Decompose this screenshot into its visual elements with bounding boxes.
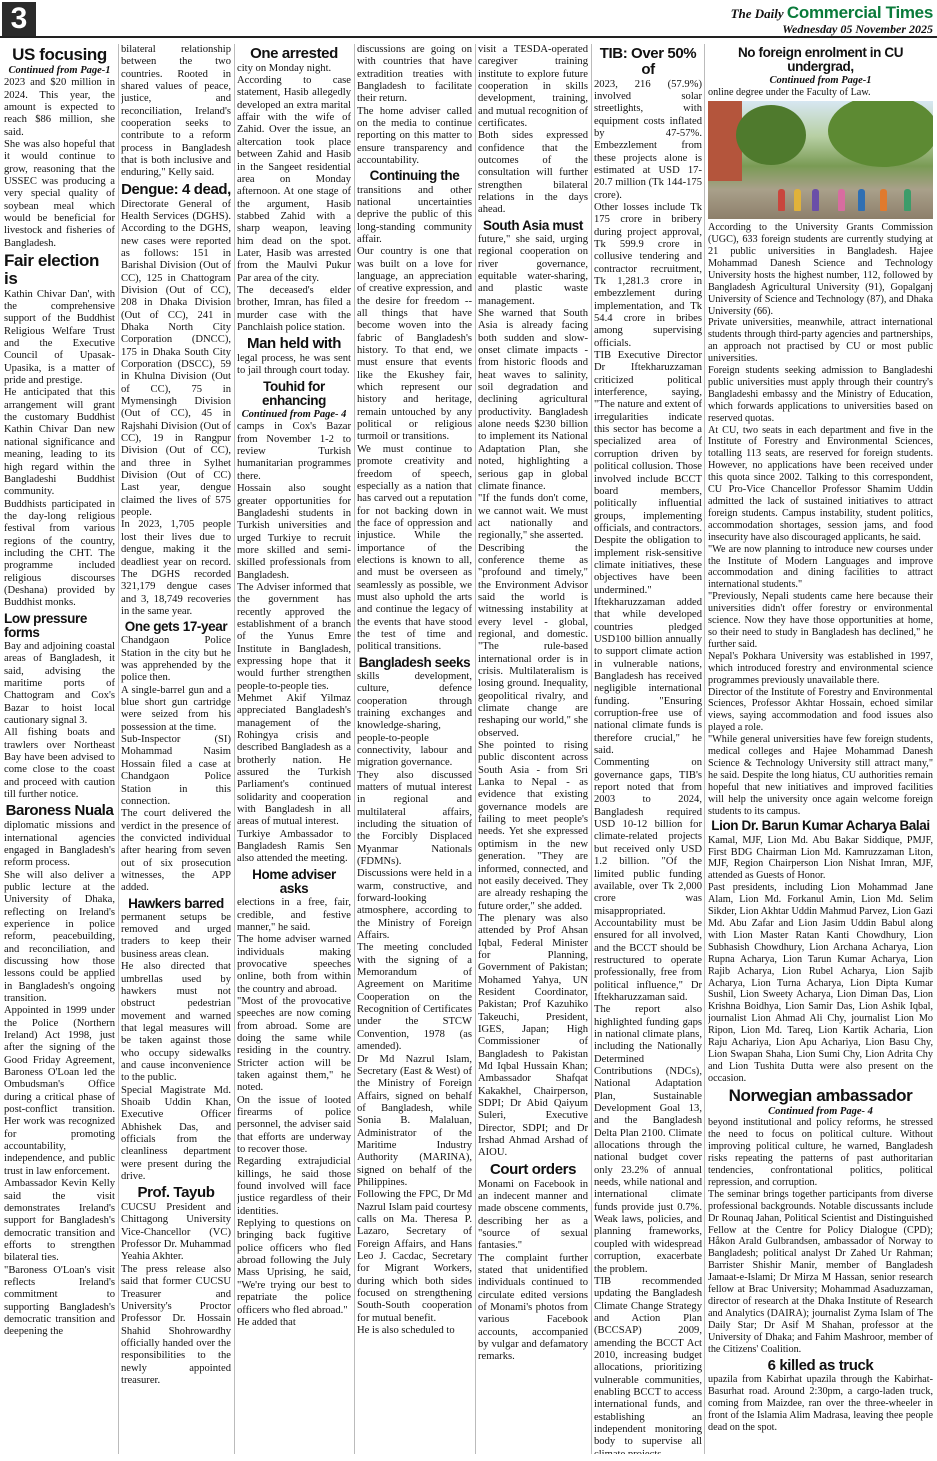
article-headline: Continuing the: [357, 169, 472, 183]
article-paragraph: The home adviser warned individuals maki…: [237, 934, 351, 996]
article-paragraph: city on Monday night.: [237, 63, 351, 75]
article-headline: Man held with: [237, 336, 351, 352]
brand-prefix: The Daily: [731, 6, 784, 21]
article-headline: No foreign enrolment in CU undergrad,: [708, 46, 933, 74]
news-column-4: discussions are going on with countries …: [357, 44, 472, 1454]
article-paragraph: In 2023, 1,705 people lost their lives d…: [121, 519, 231, 618]
article-paragraph: upazila from Kabirhat upazila through th…: [708, 1374, 933, 1434]
article-paragraph: Replying to questions on bringing back f…: [237, 1218, 351, 1317]
article-paragraph: Ambassador Kevin Kelly said the visit de…: [4, 1178, 115, 1264]
article-paragraph: Directorate General of Health Services (…: [121, 199, 231, 520]
article-headline: Touhid for enhancing: [237, 380, 351, 408]
article-paragraph: Director of the Institute of Forestry an…: [708, 687, 933, 735]
article-headline: Norwegian ambassador: [708, 1087, 933, 1105]
article-paragraph: He also directed that umbrellas used by …: [121, 961, 231, 1084]
article-paragraph: Private universities, meanwhile, attract…: [708, 317, 933, 365]
news-column-2: bilateral relationship between the two c…: [121, 44, 231, 1454]
article-paragraph: legal process, he was sent to jail throu…: [237, 353, 351, 378]
news-column-3: One arrestedcity on Monday night.Accordi…: [237, 44, 351, 1454]
article-paragraph: Buddhists participated in the day-long r…: [4, 499, 115, 610]
article-paragraph: CUCSU President and Chittagong Universit…: [121, 1202, 231, 1264]
article-headline: US focusing: [4, 46, 115, 64]
article-paragraph: Regarding extrajudicial killings, he sai…: [237, 1156, 351, 1218]
article-headline: Prof. Tayub: [121, 1185, 231, 1201]
continued-from-label: Continued from Page- 4: [237, 409, 351, 421]
article-headline: South Asia must: [478, 219, 588, 233]
article-paragraph: The meeting concluded with the signing o…: [357, 942, 472, 1053]
article-paragraph: TIB recommended updating the Bangladesh …: [594, 1276, 702, 1454]
article-paragraph: Both sides expressed confidence that the…: [478, 130, 588, 216]
article-paragraph: She was also hopeful that it would conti…: [4, 139, 115, 250]
article-paragraph: Nepal's Pokhara University was establish…: [708, 651, 933, 687]
article-paragraph: Monami on Facebook in an indecent manner…: [478, 1179, 588, 1253]
article-paragraph: Kathin Chivar Dan', with the comprehensi…: [4, 289, 115, 388]
column-divider: [591, 44, 592, 1454]
article-paragraph: We must continue to promote creativity a…: [357, 444, 472, 654]
continued-from-label: Continued from Page-1: [4, 65, 115, 77]
article-paragraph: Kamal, MJF, Lion Md. Abu Bakar Siddique,…: [708, 835, 933, 883]
article-paragraph: He anticipated that this arrangement wil…: [4, 387, 115, 498]
article-paragraph: beyond institutional and policy reforms,…: [708, 1117, 933, 1188]
article-headline: Court orders: [478, 1162, 588, 1178]
article-paragraph: She pointed to rising public discontent …: [478, 740, 588, 913]
article-headline: One gets 17-year: [121, 620, 231, 634]
article-paragraph: visit a TESDA-operated caregiver trainin…: [478, 44, 588, 130]
article-paragraph: She warned that South Asia is already fa…: [478, 308, 588, 493]
news-column-1: US focusingContinued from Page-12023 and…: [4, 44, 115, 1454]
article-paragraph: future," she said, urging regional coope…: [478, 234, 588, 308]
article-paragraph: online degree under the Faculty of Law.: [708, 87, 933, 99]
article-paragraph: TIB Executive Director Dr Iftekharuzzama…: [594, 350, 702, 597]
article-paragraph: The press release also said that former …: [121, 1264, 231, 1387]
news-column-7: No foreign enrolment in CU undergrad,Con…: [708, 44, 933, 1454]
column-divider: [234, 44, 235, 1454]
campus-photo: [708, 101, 933, 219]
article-paragraph: They also discussed matters of mutual in…: [357, 770, 472, 869]
column-divider: [354, 44, 355, 1454]
article-headline: Hawkers barred: [121, 897, 231, 911]
article-paragraph: Other losses include Tk 175 crore in bri…: [594, 202, 702, 350]
article-paragraph: bilateral relationship between the two c…: [121, 44, 231, 180]
continued-from-label: Continued from Page-1: [708, 75, 933, 87]
article-paragraph: According to case statement, Hasib alleg…: [237, 75, 351, 285]
article-paragraph: transitions and other national uncertain…: [357, 185, 472, 247]
article-paragraph: discussions are going on with countries …: [357, 44, 472, 106]
article-paragraph: "Previously, Nepali students came here b…: [708, 591, 933, 651]
article-paragraph: Appointed in 1999 under the Police (Nort…: [4, 1005, 115, 1178]
article-paragraph: On the issue of looted firearms of polic…: [237, 1095, 351, 1157]
article-paragraph: He is also scheduled to: [357, 1325, 472, 1337]
article-paragraph: Chandgaon Police Station in the city but…: [121, 635, 231, 684]
article-paragraph: The report also highlighted funding gaps…: [594, 1004, 702, 1276]
brand-name: Commercial Times: [787, 3, 933, 22]
page-number: 3: [2, 2, 36, 36]
article-headline: Dengue: 4 dead,: [121, 182, 231, 198]
article-paragraph: At CU, two seats in each department and …: [708, 425, 933, 544]
news-column-5: visit a TESDA-operated caregiver trainin…: [478, 44, 588, 1454]
article-headline: Baroness Nuala: [4, 803, 115, 819]
article-paragraph: camps in Cox's Bazar from November 1-2 t…: [237, 421, 351, 483]
issue-date: Wednesday 05 November 2025: [782, 22, 933, 37]
article-headline: Bangladesh seeks: [357, 656, 472, 670]
article-headline: Home adviser asks: [237, 868, 351, 896]
article-paragraph: The home adviser called on the media to …: [357, 106, 472, 168]
article-paragraph: 2023 and $20 million in 2024. This year,…: [4, 77, 115, 139]
column-divider: [118, 44, 119, 1454]
article-paragraph: The deceased's elder brother, Imran, has…: [237, 285, 351, 334]
article-paragraph: The Adviser informed that the government…: [237, 582, 351, 693]
newspaper-brand: The Daily Commercial Times: [731, 3, 933, 23]
article-paragraph: A single-barrel gun and a blue short gun…: [121, 685, 231, 734]
article-paragraph: Iftekharuzzaman added that while develop…: [594, 597, 702, 757]
article-paragraph: "If the funds don't come, we cannot wait…: [478, 493, 588, 542]
article-paragraph: "Baroness O'Loan's visit reflects Irelan…: [4, 1265, 115, 1339]
article-paragraph: He added that: [237, 1317, 351, 1329]
news-column-6: TIB: Over 50% of2023, 216 (57.9%) involv…: [594, 44, 702, 1454]
article-paragraph: The seminar brings together participants…: [708, 1189, 933, 1356]
article-paragraph: The court delivered the verdict in the p…: [121, 808, 231, 894]
masthead: 3 The Daily Commercial Times Wednesday 0…: [0, 0, 937, 38]
article-paragraph: All fishing boats and trawlers over Nort…: [4, 727, 115, 801]
article-paragraph: "We are now planning to introduce new co…: [708, 544, 933, 592]
article-paragraph: Describing the conference theme as "prof…: [478, 543, 588, 741]
article-paragraph: Mehmet Akif Yilmaz appreciated Banglades…: [237, 693, 351, 829]
article-paragraph: Following the FPC, Dr Md Nazrul Islam pa…: [357, 1189, 472, 1325]
article-paragraph: Bay and adjoining coastal areas of Bangl…: [4, 641, 115, 727]
article-paragraph: Turkiye Ambassador to Bangladesh Ramis S…: [237, 829, 351, 866]
article-paragraph: Commenting on governance gaps, TIB's rep…: [594, 757, 702, 1004]
article-paragraph: According to the University Grants Commi…: [708, 222, 933, 317]
article-headline: Lion Dr. Barun Kumar Acharya Balai: [708, 819, 933, 833]
article-paragraph: She will also deliver a public lecture a…: [4, 870, 115, 1006]
article-paragraph: Past presidents, including Lion Mohammad…: [708, 882, 933, 1084]
article-headline: TIB: Over 50% of: [594, 46, 702, 78]
article-paragraph: skills development, culture, defence coo…: [357, 671, 472, 770]
article-paragraph: Discussions were held in a warm, constru…: [357, 868, 472, 942]
article-paragraph: Sub-Inspector (SI) Mohammad Nasim Hossai…: [121, 734, 231, 808]
column-divider: [704, 44, 705, 1454]
article-headline: One arrested: [237, 46, 351, 62]
article-paragraph: Our country is one that was built on a l…: [357, 246, 472, 444]
article-paragraph: Special Magistrate Md. Shoaib Uddin Khan…: [121, 1085, 231, 1184]
article-paragraph: "Most of the provocative speeches are no…: [237, 996, 351, 1095]
article-paragraph: The complaint further stated that uniden…: [478, 1253, 588, 1364]
article-paragraph: Dr Md Nazrul Islam, Secretary (East & We…: [357, 1054, 472, 1190]
article-headline: Fair election is: [4, 252, 115, 288]
article-paragraph: permanent setups be removed and urged tr…: [121, 912, 231, 961]
article-paragraph: 2023, 216 (57.9%) involved solar streetl…: [594, 79, 702, 202]
article-paragraph: "While general universities have few for…: [708, 734, 933, 817]
article-paragraph: Hossain also sought greater opportunitie…: [237, 483, 351, 582]
continued-from-label: Continued from Page- 4: [708, 1106, 933, 1118]
article-paragraph: diplomatic missions and international ag…: [4, 820, 115, 869]
article-headline: Low pressure forms: [4, 612, 115, 640]
column-divider: [475, 44, 476, 1454]
article-paragraph: The plenary was also attended by Prof Ah…: [478, 913, 588, 1160]
article-headline: 6 killed as truck: [708, 1358, 933, 1374]
article-paragraph: Foreign students seeking admission to Ba…: [708, 365, 933, 425]
article-paragraph: elections in a free, fair, credible, and…: [237, 897, 351, 934]
